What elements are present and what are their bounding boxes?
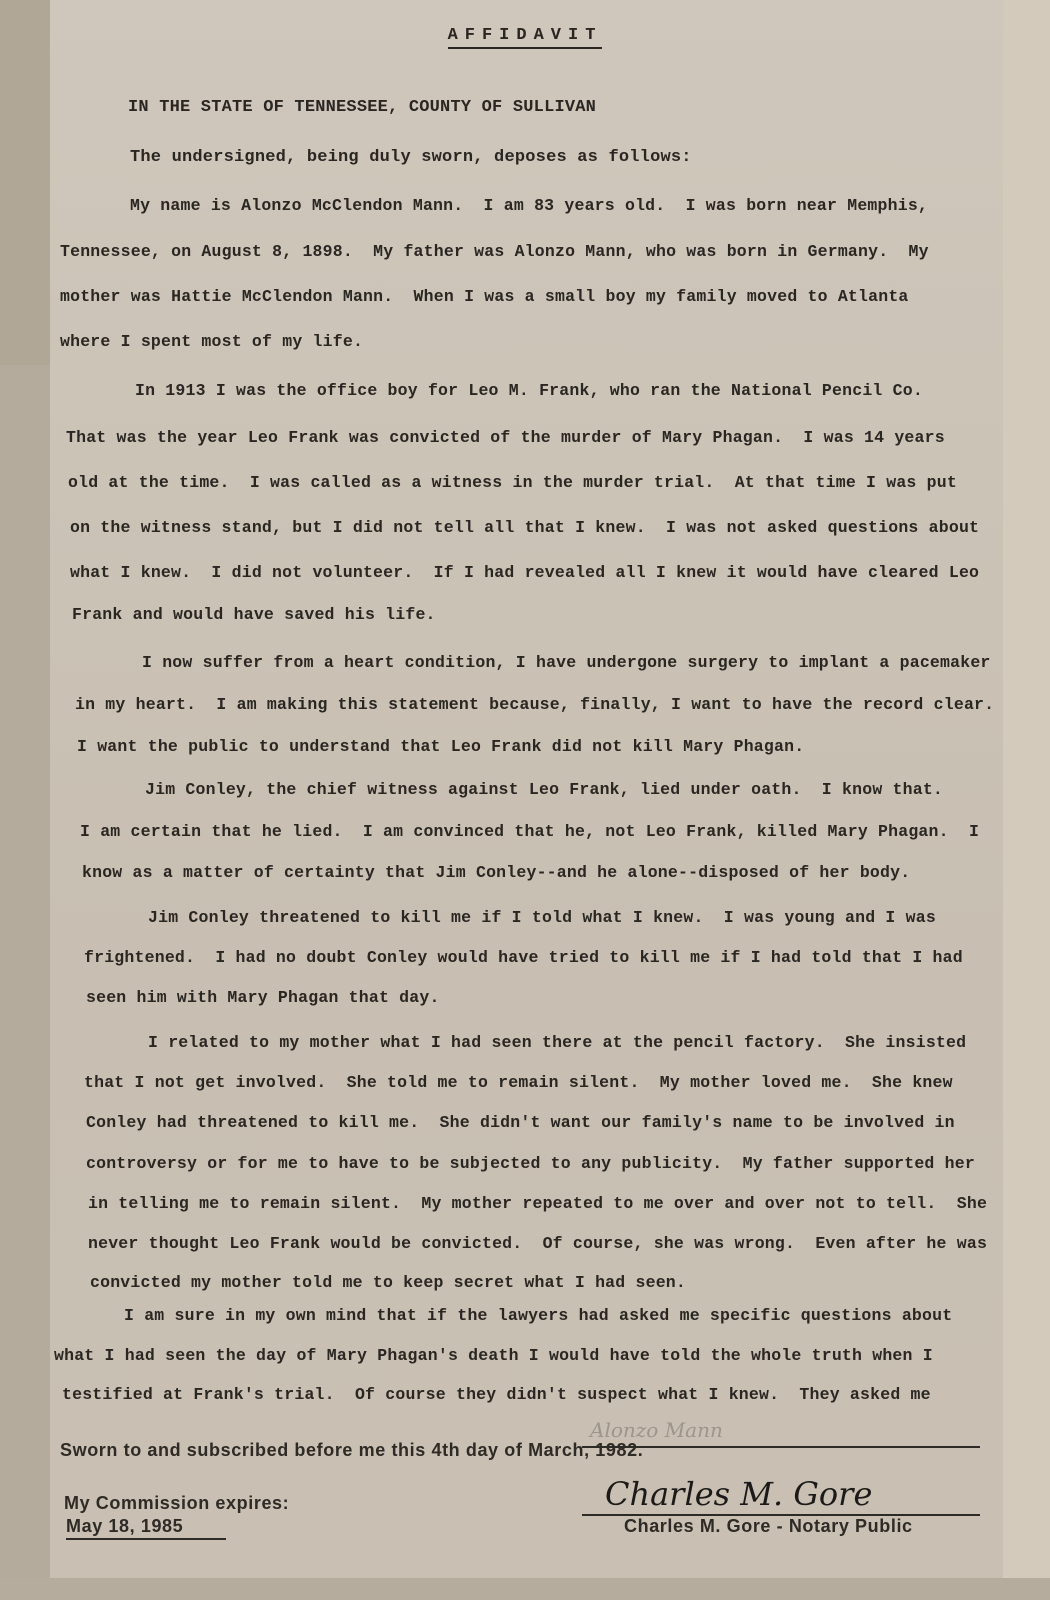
affidavit-line: convicted my mother told me to keep secr…: [90, 1273, 686, 1292]
affidavit-line: I want the public to understand that Leo…: [77, 737, 804, 756]
commission-date: May 18, 1985: [66, 1516, 183, 1537]
affidavit-line: My name is Alonzo McClendon Mann. I am 8…: [130, 196, 928, 215]
affidavit-line: Jim Conley, the chief witness against Le…: [145, 780, 943, 799]
affidavit-line: frightened. I had no doubt Conley would …: [84, 948, 963, 967]
deponent-signature: Alonzo Mann: [590, 1418, 723, 1442]
affidavit-line: I am sure in my own mind that if the law…: [124, 1306, 952, 1325]
scan-background-bottom: [0, 1578, 1050, 1600]
affidavit-line: Conley had threatened to kill me. She di…: [86, 1113, 955, 1132]
affidavit-line: in telling me to remain silent. My mothe…: [88, 1194, 987, 1213]
document-title: AFFIDAVIT: [0, 26, 1050, 45]
preamble: The undersigned, being duly sworn, depos…: [130, 148, 692, 167]
affidavit-line: that I not get involved. She told me to …: [84, 1073, 953, 1092]
affidavit-line: That was the year Leo Frank was convicte…: [66, 428, 945, 447]
affidavit-line: I now suffer from a heart condition, I h…: [142, 653, 991, 672]
affidavit-line: In 1913 I was the office boy for Leo M. …: [135, 381, 923, 400]
jurat: Sworn to and subscribed before me this 4…: [60, 1440, 643, 1461]
affidavit-line: on the witness stand, but I did not tell…: [70, 518, 979, 537]
affidavit-line: never thought Leo Frank would be convict…: [88, 1234, 987, 1253]
affidavit-line: I am certain that he lied. I am convince…: [80, 822, 979, 841]
affidavit-line: old at the time. I was called as a witne…: [68, 473, 957, 492]
jurisdiction-heading: IN THE STATE OF TENNESSEE, COUNTY OF SUL…: [128, 98, 596, 117]
deponent-signature-line: [582, 1446, 980, 1448]
affidavit-line: testified at Frank's trial. Of course th…: [62, 1385, 931, 1404]
affidavit-line: know as a matter of certainty that Jim C…: [82, 863, 910, 882]
affidavit-line: in my heart. I am making this statement …: [75, 695, 994, 714]
commission-date-underline: [66, 1538, 226, 1540]
affidavit-line: seen him with Mary Phagan that day.: [86, 988, 440, 1007]
affidavit-line: mother was Hattie McClendon Mann. When I…: [60, 287, 909, 306]
affidavit-line: what I had seen the day of Mary Phagan's…: [54, 1346, 933, 1365]
notary-name: Charles M. Gore - Notary Public: [624, 1516, 913, 1537]
affidavit-line: what I knew. I did not volunteer. If I h…: [70, 563, 979, 582]
affidavit-line: controversy or for me to have to be subj…: [86, 1154, 975, 1173]
scan-background-left: [0, 0, 52, 365]
affidavit-line: I related to my mother what I had seen t…: [148, 1033, 966, 1052]
affidavit-line: Tennessee, on August 8, 1898. My father …: [60, 242, 929, 261]
notary-signature: Charles M. Gore: [605, 1475, 872, 1513]
affidavit-line: where I spent most of my life.: [60, 332, 363, 351]
affidavit-line: Jim Conley threatened to kill me if I to…: [148, 908, 936, 927]
commission-label: My Commission expires:: [64, 1493, 289, 1514]
affidavit-line: Frank and would have saved his life.: [72, 605, 436, 624]
scan-background-right: [1003, 0, 1050, 1600]
